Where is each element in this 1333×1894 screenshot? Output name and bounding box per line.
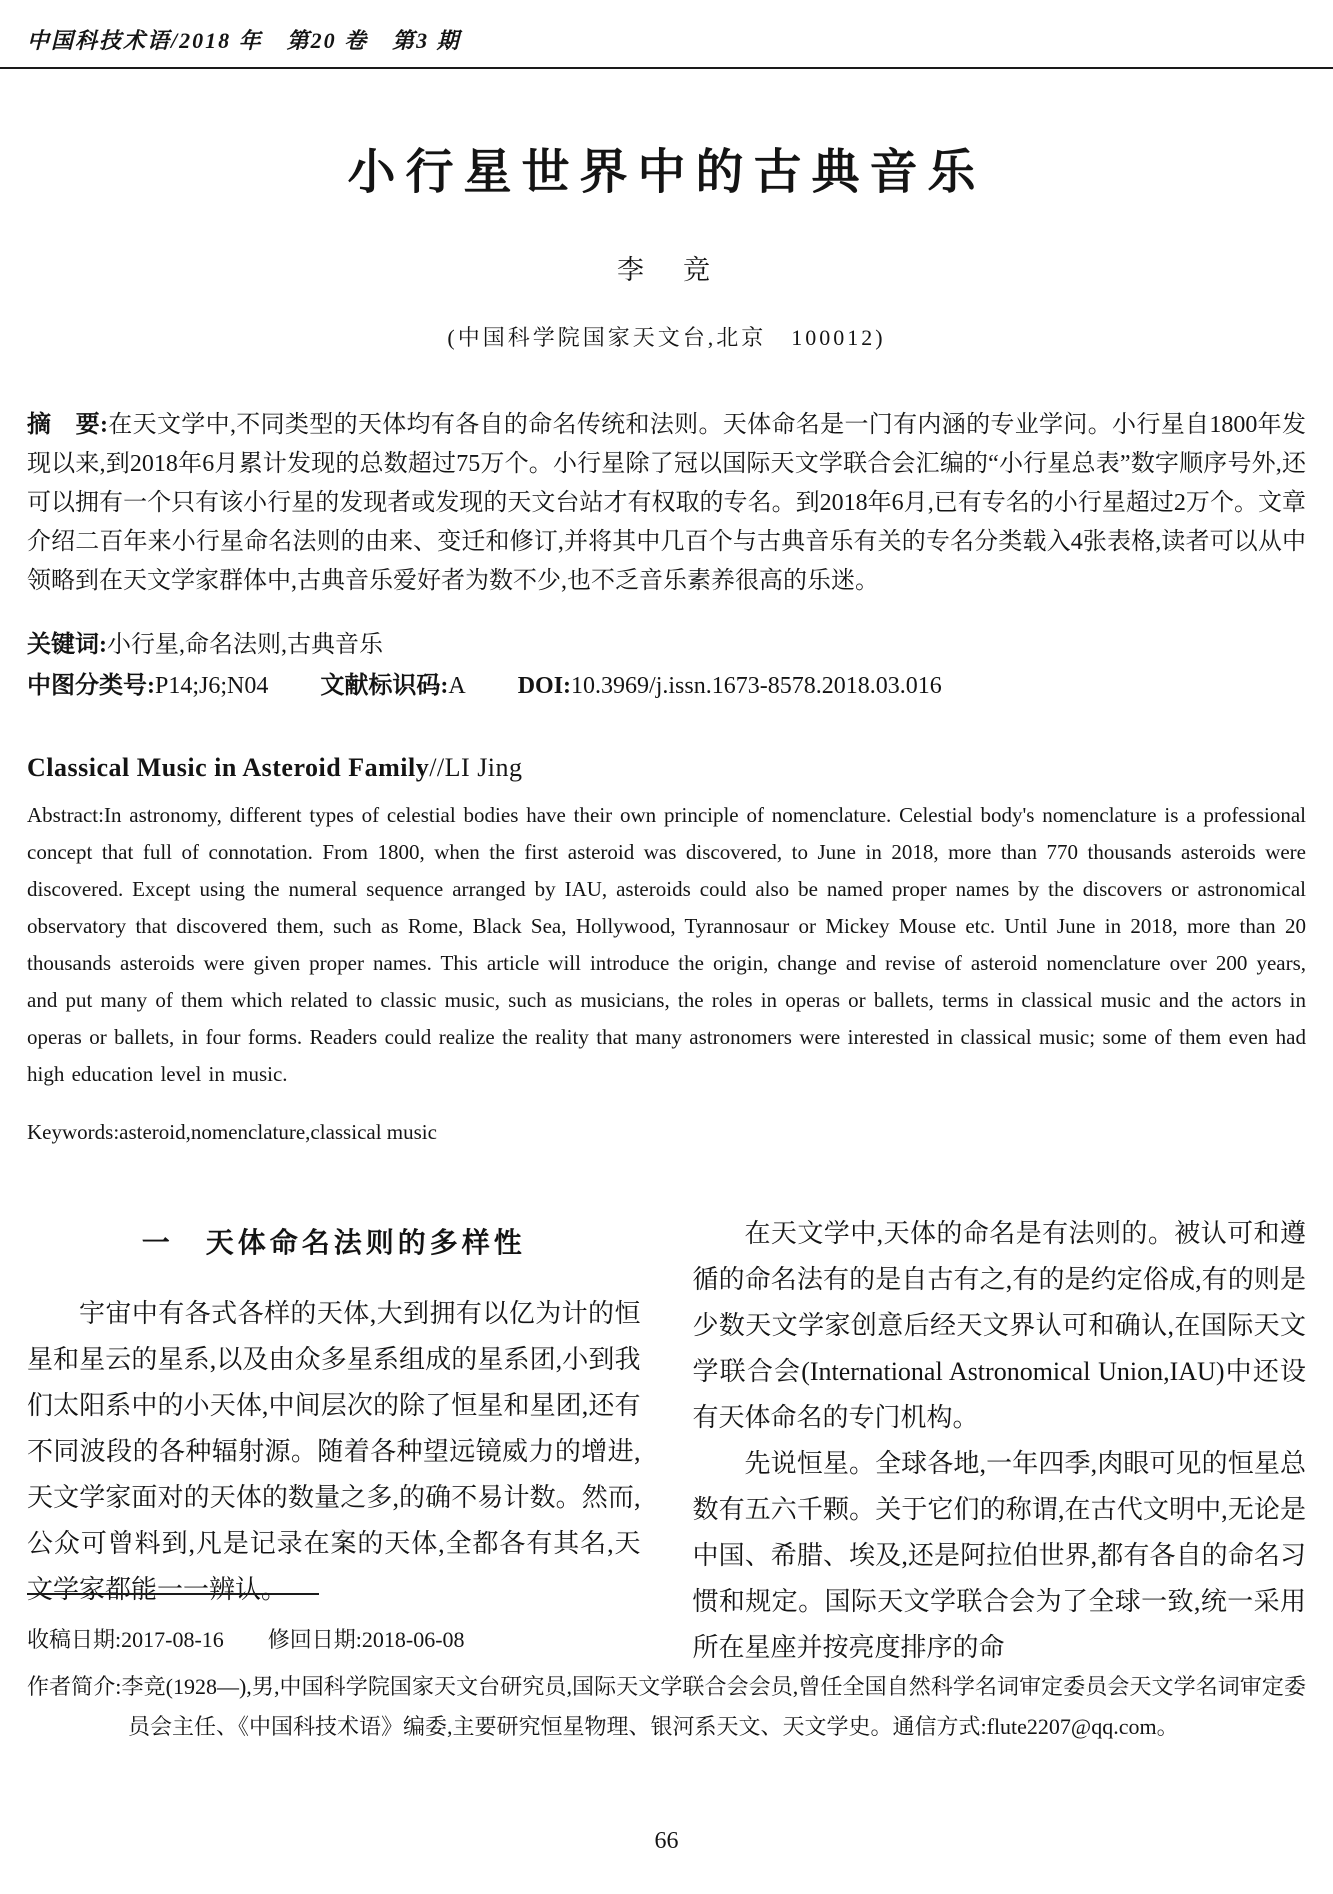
doi-value: 10.3969/j.issn.1673-8578.2018.03.016 <box>571 673 942 699</box>
clc-value: P14;J6;N04 <box>155 673 268 699</box>
journal-page: 中国科技术语/2018 年 第20 卷 第3 期 小行星世界中的古典音乐 李 竞… <box>0 0 1333 1894</box>
classification-line: 中图分类号:P14;J6;N04文献标识码:ADOI:10.3969/j.iss… <box>27 666 1306 707</box>
english-keywords-label: Keywords: <box>27 1120 119 1144</box>
manuscript-dates-line: 收稿日期:2017-08-16修回日期:2018-06-08 <box>27 1621 1306 1659</box>
doi-label: DOI: <box>518 673 571 699</box>
revised-label: 修回日期: <box>268 1627 362 1652</box>
bio-label: 作者简介: <box>27 1674 121 1699</box>
journal-running-head: 中国科技术语/2018 年 第20 卷 第3 期 <box>0 0 1333 69</box>
english-abstract: Abstract:In astronomy, different types o… <box>27 797 1306 1093</box>
chinese-abstract: 摘 要:在天文学中,不同类型的天体均有各自的命名传统和法则。天体命名是一门有内涵… <box>27 406 1306 601</box>
body-paragraph: 在天文学中,天体的命名是有法则的。被认可和遵循的命名法有的是自古有之,有的是约定… <box>693 1211 1307 1441</box>
keywords-line: 关键词:小行星,命名法则,古典音乐 <box>27 625 1306 666</box>
english-abstract-text: In astronomy, different types of celesti… <box>27 803 1306 1086</box>
clc-label: 中图分类号: <box>27 673 155 699</box>
article-title: 小行星世界中的古典音乐 <box>27 133 1306 202</box>
article-author: 李 竞 <box>27 248 1306 287</box>
footnote-rule <box>27 1593 319 1595</box>
english-title-author: //LI Jing <box>429 753 522 782</box>
received-label: 收稿日期: <box>27 1627 121 1652</box>
english-abstract-label: Abstract: <box>27 803 104 827</box>
footnote-area: 收稿日期:2017-08-16修回日期:2018-06-08 作者简介:李竞(1… <box>27 1593 1306 1747</box>
doc-code-value: A <box>448 673 465 699</box>
doc-code-label: 文献标识码: <box>320 673 448 699</box>
english-title: Classical Music in Asteroid Family <box>27 753 429 782</box>
received-date: 2017-08-16 <box>121 1627 224 1652</box>
abstract-text: 在天文学中,不同类型的天体均有各自的命名传统和法则。天体命名是一门有内涵的专业学… <box>27 412 1306 594</box>
english-abstract-block: Classical Music in Asteroid Family//LI J… <box>27 753 1306 1151</box>
keywords-label: 关键词: <box>27 632 107 658</box>
article-affiliation: (中国科学院国家天文台,北京 100012) <box>27 321 1306 352</box>
author-bio-line: 作者简介:李竞(1928—),男,中国科学院国家天文台研究员,国际天文学联合会会… <box>27 1667 1306 1747</box>
bio-text: 李竞(1928—),男,中国科学院国家天文台研究员,国际天文学联合会会员,曾任全… <box>121 1674 1306 1739</box>
body-paragraph: 宇宙中有各式各样的天体,大到拥有以亿为计的恒星和星云的星系,以及由众多星系组成的… <box>27 1291 641 1613</box>
english-title-line: Classical Music in Asteroid Family//LI J… <box>27 753 1306 783</box>
page-number: 66 <box>0 1828 1333 1855</box>
english-keywords-line: Keywords:asteroid,nomenclature,classical… <box>27 1114 1306 1151</box>
abstract-label: 摘 要: <box>27 412 108 438</box>
keywords-text: 小行星,命名法则,古典音乐 <box>107 632 383 658</box>
section-1-heading: 一 天体命名法则的多样性 <box>27 1221 641 1261</box>
revised-date: 2018-06-08 <box>362 1627 465 1652</box>
english-keywords-text: asteroid,nomenclature,classical music <box>119 1120 437 1144</box>
